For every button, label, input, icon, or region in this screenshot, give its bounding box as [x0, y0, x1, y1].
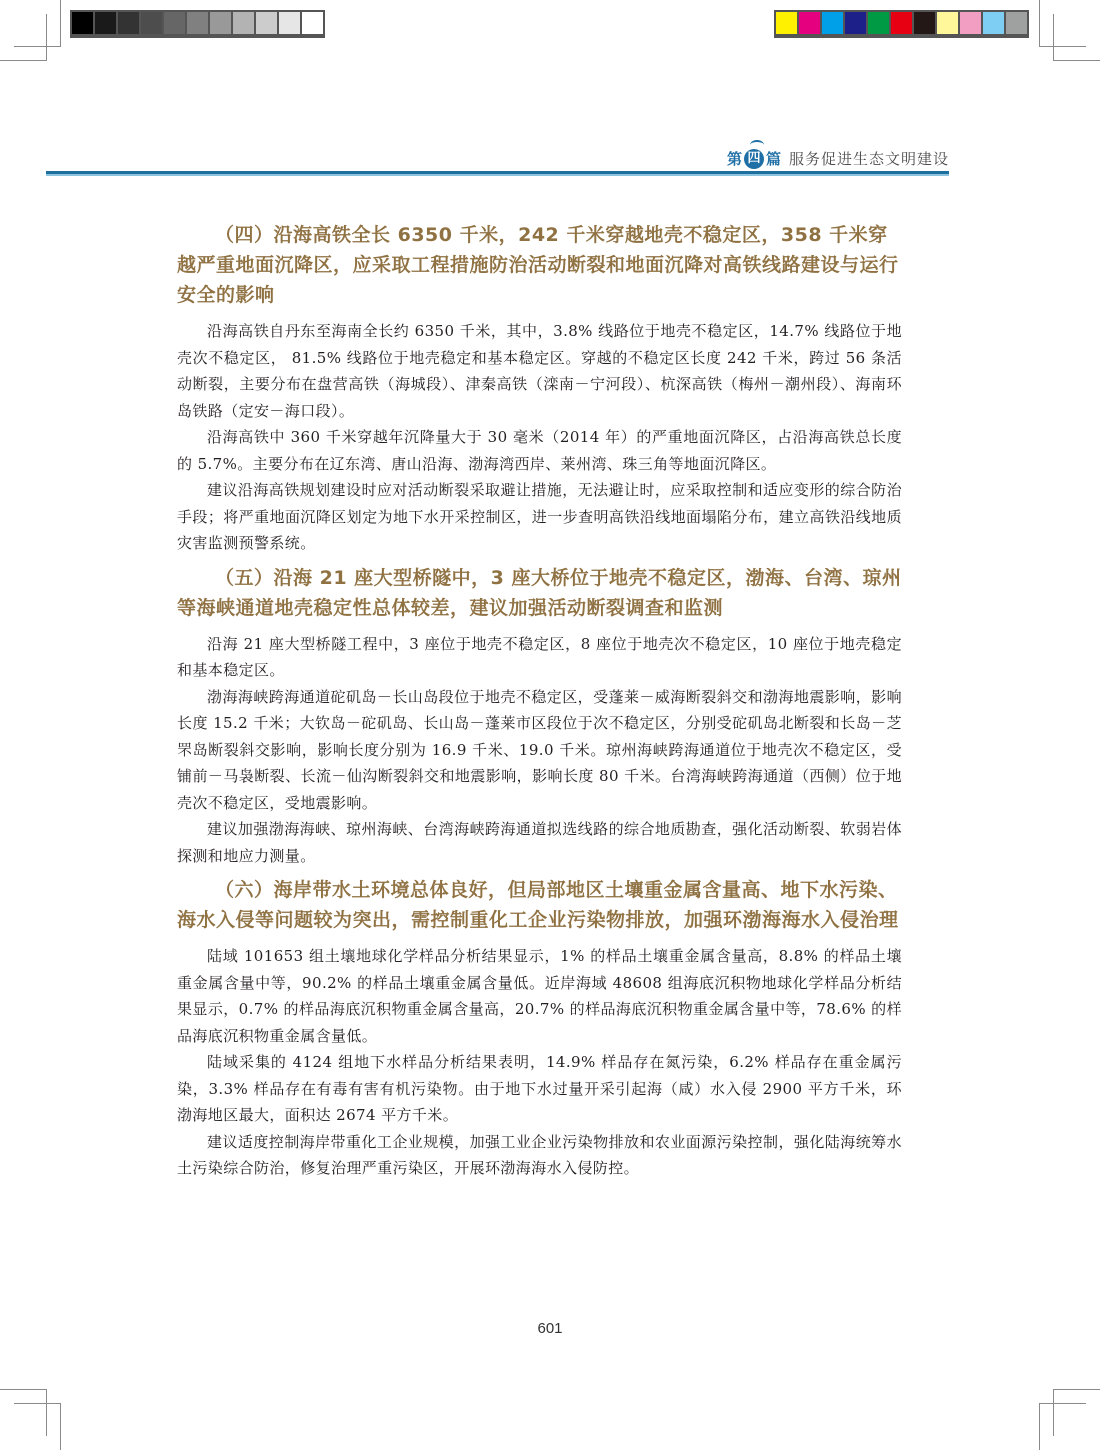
crop-mark — [0, 1389, 47, 1390]
paragraph: 沿海 21 座大型桥隧工程中，3 座位于地壳不稳定区，8 座位于地壳次不稳定区，… — [177, 631, 902, 684]
section-4: （四）沿海高铁全长 6350 千米，242 千米穿越地壳不稳定区，358 千米穿… — [177, 220, 902, 557]
color-swatch — [210, 12, 231, 34]
paragraph: 建议沿海高铁规划建设时应对活动断裂采取避让措施，无法避让时，应采取控制和适应变形… — [177, 477, 902, 557]
color-swatch — [937, 12, 958, 34]
running-header: 第 四 篇 服务促进生态文明建设 — [46, 140, 949, 174]
crop-mark — [14, 1403, 61, 1404]
crop-mark — [1053, 14, 1054, 60]
crop-mark — [46, 14, 47, 60]
crop-mark — [1039, 1403, 1040, 1450]
crop-mark — [46, 1389, 47, 1436]
section-heading: （六）海岸带水土环境总体良好，但局部地区土壤重金属含量高、地下水污染、海水入侵等… — [177, 875, 902, 935]
crop-mark — [60, 1403, 61, 1450]
color-swatch — [279, 12, 300, 34]
paragraph: 渤海海峡跨海通道砣矶岛－长山岛段位于地壳不稳定区，受蓬莱－威海断裂斜交和渤海地震… — [177, 684, 902, 817]
paragraph: 沿海高铁中 360 千米穿越年沉降量大于 30 毫米（2014 年）的严重地面沉… — [177, 424, 902, 477]
color-swatch — [164, 12, 185, 34]
chapter-prefix: 第 — [727, 148, 742, 169]
crop-mark — [1053, 60, 1100, 61]
color-swatch — [960, 12, 981, 34]
chapter-number-badge-icon: 四 — [744, 149, 764, 169]
color-swatch — [845, 12, 866, 34]
crop-mark — [1039, 1403, 1086, 1404]
color-swatch — [118, 12, 139, 34]
section-heading: （四）沿海高铁全长 6350 千米，242 千米穿越地壳不稳定区，358 千米穿… — [177, 220, 902, 310]
crop-mark — [1053, 1389, 1054, 1436]
color-swatch — [799, 12, 820, 34]
crop-mark — [1039, 46, 1086, 47]
color-swatch — [983, 12, 1004, 34]
color-swatch — [95, 12, 116, 34]
color-swatch — [233, 12, 254, 34]
crop-mark — [0, 60, 47, 61]
paragraph: 建议加强渤海海峡、琼州海峡、台湾海峡跨海通道拟选线路的综合地质勘查，强化活动断裂… — [177, 816, 902, 869]
paragraph: 陆域 101653 组土壤地球化学样品分析结果显示，1% 的样品土壤重金属含量高… — [177, 943, 902, 1049]
color-swatch — [1006, 12, 1027, 34]
paragraph: 建议适度控制海岸带重化工企业规模，加强工业企业污染物排放和农业面源污染控制，强化… — [177, 1129, 902, 1182]
color-swatch — [256, 12, 277, 34]
chapter-label: 第 四 篇 服务促进生态文明建设 — [727, 148, 949, 169]
grayscale-calibration-bar — [70, 10, 325, 38]
crop-mark — [1039, 0, 1040, 46]
page-number: 601 — [0, 1320, 1100, 1337]
color-swatch — [302, 12, 323, 34]
crop-mark — [60, 0, 61, 46]
paragraph: 陆域采集的 4124 组地下水样品分析结果表明，14.9% 样品存在氮污染，6.… — [177, 1049, 902, 1129]
paragraph: 沿海高铁自丹东至海南全长约 6350 千米，其中，3.8% 线路位于地壳不稳定区… — [177, 318, 902, 424]
color-swatch — [914, 12, 935, 34]
color-swatch — [868, 12, 889, 34]
header-rule — [46, 171, 949, 174]
section-6: （六）海岸带水土环境总体良好，但局部地区土壤重金属含量高、地下水污染、海水入侵等… — [177, 875, 902, 1182]
page-body: （四）沿海高铁全长 6350 千米，242 千米穿越地壳不稳定区，358 千米穿… — [177, 220, 902, 1188]
section-heading: （五）沿海 21 座大型桥隧中，3 座大桥位于地壳不稳定区，渤海、台湾、琼州等海… — [177, 563, 902, 623]
section-5: （五）沿海 21 座大型桥隧中，3 座大桥位于地壳不稳定区，渤海、台湾、琼州等海… — [177, 563, 902, 870]
color-swatch — [187, 12, 208, 34]
crop-mark — [14, 46, 61, 47]
color-swatch — [891, 12, 912, 34]
chapter-title: 服务促进生态文明建设 — [789, 148, 949, 169]
color-swatch — [822, 12, 843, 34]
crop-mark — [1053, 1389, 1100, 1390]
chapter-suffix: 篇 — [766, 148, 781, 169]
color-swatch — [141, 12, 162, 34]
color-swatch — [776, 12, 797, 34]
color-swatch — [72, 12, 93, 34]
color-calibration-bar — [774, 10, 1029, 38]
